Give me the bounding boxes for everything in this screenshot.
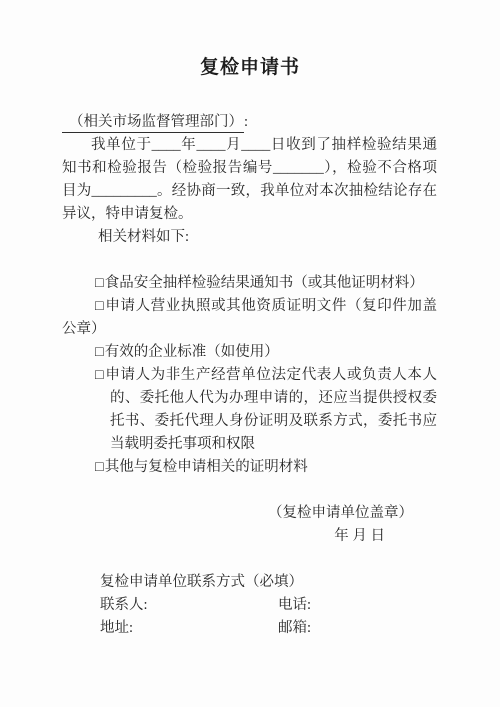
contact-row: 地址: 邮箱: bbox=[100, 617, 437, 640]
contact-label-address: 地址: bbox=[100, 617, 278, 640]
contact-heading: 复检申请单位联系方式（必填） bbox=[100, 571, 437, 594]
document-body: （相关市场监督管理部门）: 我单位于____年____月____日收到了抽样检验… bbox=[62, 111, 437, 640]
checkbox-icon[interactable]: □ bbox=[95, 367, 104, 383]
spacer bbox=[62, 548, 437, 571]
salutation-recipient: （相关市场监督管理部门） bbox=[62, 114, 244, 133]
checkbox-icon[interactable]: □ bbox=[95, 344, 104, 360]
checklist-item-authorization: □申请人为非生产经营单位法定代表人或负责人本人的、委托他人代为办理申请的，还应当… bbox=[62, 364, 437, 456]
materials-intro: 相关材料如下: bbox=[62, 226, 437, 249]
checklist-item-license: □申请人营业执照或其他资质证明文件（复印件加盖公章） bbox=[62, 295, 437, 341]
checklist-item-text: 申请人为非生产经营单位法定代表人或负责人本人的、委托他人代为办理申请的，还应当提… bbox=[105, 367, 437, 452]
date-line: 年 月 日 bbox=[62, 525, 437, 548]
materials-checklist: □食品安全抽样检验结果通知书（或其他证明材料） □申请人营业执照或其他资质证明文… bbox=[62, 272, 437, 479]
document-title: 复检申请书 bbox=[0, 0, 500, 79]
contact-label-phone: 电话: bbox=[278, 594, 311, 617]
salutation-colon: : bbox=[244, 114, 248, 130]
checkbox-icon[interactable]: □ bbox=[95, 459, 104, 475]
checklist-item-text: 其他与复检申请相关的证明材料 bbox=[105, 459, 308, 475]
checklist-item-other: □其他与复检申请相关的证明材料 bbox=[62, 456, 437, 479]
stamp-line: （复检申请单位盖章） bbox=[62, 502, 437, 525]
checklist-item-notice: □食品安全抽样检验结果通知书（或其他证明材料） bbox=[62, 272, 437, 295]
checklist-item-text: 申请人营业执照或其他资质证明文件（复印件加盖公章） bbox=[62, 298, 437, 337]
document-page: 复检申请书 （相关市场监督管理部门）: 我单位于____年____月____日收… bbox=[0, 0, 500, 707]
checkbox-icon[interactable]: □ bbox=[95, 298, 104, 314]
spacer bbox=[62, 249, 437, 272]
salutation-line: （相关市场监督管理部门）: bbox=[62, 111, 437, 134]
checkbox-icon[interactable]: □ bbox=[95, 275, 104, 291]
body-paragraph: 我单位于____年____月____日收到了抽样检验结果通知书和检验报告（检验报… bbox=[62, 134, 437, 226]
spacer bbox=[62, 479, 437, 502]
checklist-item-standard: □有效的企业标准（如使用） bbox=[62, 341, 437, 364]
contact-label-email: 邮箱: bbox=[278, 617, 311, 640]
checklist-item-text: 食品安全抽样检验结果通知书（或其他证明材料） bbox=[105, 275, 424, 291]
contact-label-name: 联系人: bbox=[100, 594, 278, 617]
contact-row: 联系人: 电话: bbox=[100, 594, 437, 617]
contact-section: 复检申请单位联系方式（必填） 联系人: 电话: 地址: 邮箱: bbox=[100, 571, 437, 640]
checklist-item-text: 有效的企业标准（如使用） bbox=[105, 344, 279, 360]
